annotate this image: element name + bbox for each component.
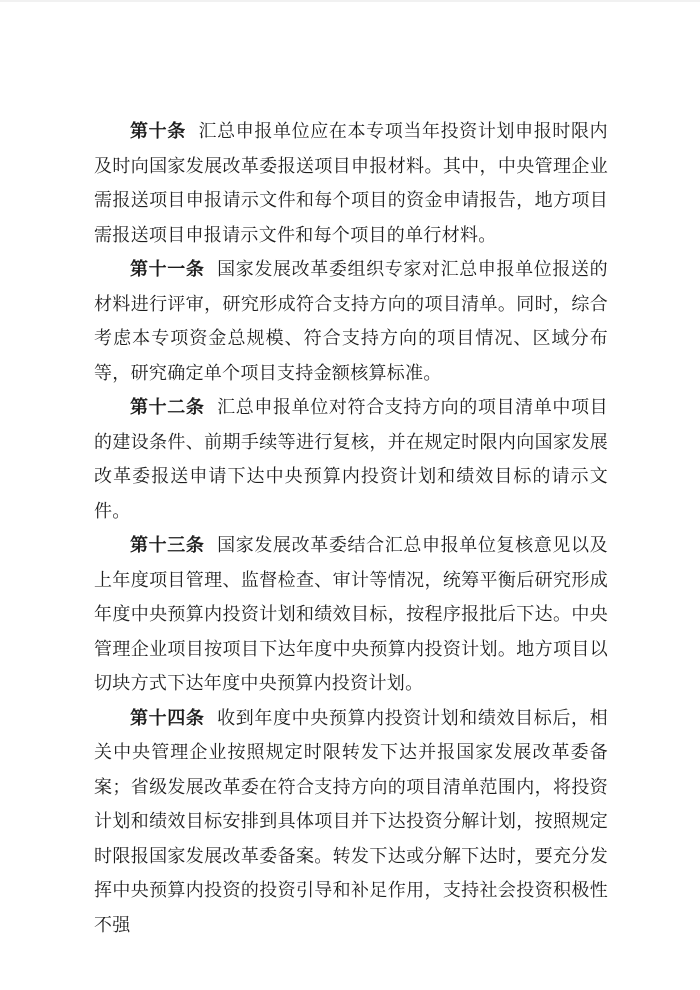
page-top-edge (0, 0, 700, 2)
article-paragraph-11: 第十一条国家发展改革委组织专家对汇总申报单位报送的材料进行评审，研究形成符合支持… (94, 253, 608, 391)
document-content: 第十条汇总申报单位应在本专项当年投资计划申报时限内及时向国家发展改革委报送项目申… (94, 115, 608, 943)
article-paragraph-10: 第十条汇总申报单位应在本专项当年投资计划申报时限内及时向国家发展改革委报送项目申… (94, 115, 608, 253)
article-number: 第十一条 (130, 259, 205, 280)
article-paragraph-14: 第十四条收到年度中央预算内投资计划和绩效目标后，相关中央管理企业按照规定时限转发… (94, 702, 608, 944)
article-text: 收到年度中央预算内投资计划和绩效目标后，相关中央管理企业按照规定时限转发下达并报… (94, 708, 608, 936)
article-number: 第十条 (130, 121, 186, 142)
article-paragraph-13: 第十三条国家发展改革委结合汇总申报单位复核意见以及上年度项目管理、监督检查、审计… (94, 529, 608, 702)
article-number: 第十三条 (130, 535, 205, 556)
article-number: 第十二条 (130, 397, 205, 418)
article-paragraph-12: 第十二条汇总申报单位对符合支持方向的项目清单中项目的建设条件、前期手续等进行复核… (94, 391, 608, 529)
article-number: 第十四条 (130, 708, 205, 729)
document-page: 第十条汇总申报单位应在本专项当年投资计划申报时限内及时向国家发展改革委报送项目申… (0, 0, 700, 990)
article-text: 国家发展改革委结合汇总申报单位复核意见以及上年度项目管理、监督检查、审计等情况，… (94, 535, 608, 694)
